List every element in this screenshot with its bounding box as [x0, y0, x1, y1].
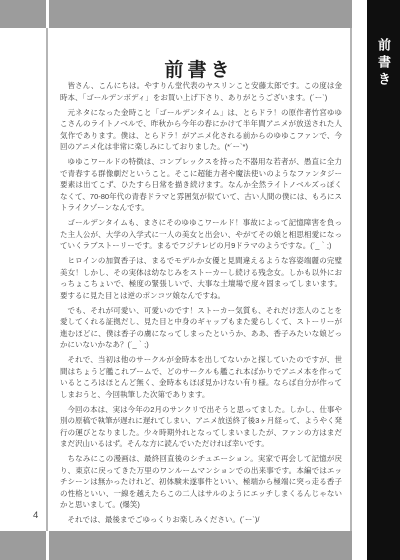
paragraph: ヒロインの加賀香子は、まるでモデルか女優と見間違えるような容姿端麗の完璧美女！し… [60, 255, 342, 301]
preface-body: 皆さん、こんにちは。やすりん堂代表のヤスリンこと安藤太郎です。この度は金時本、「… [60, 80, 342, 529]
scan-border-bottom-right [49, 531, 352, 560]
left-margin-rule [46, 28, 48, 531]
paragraph: それで、当初は他のサークルが金時本を出してないかと探していたのですが、世間はちょ… [60, 354, 342, 400]
page-number: 4 [33, 510, 38, 521]
side-chapter-tab-label: 前書き [374, 38, 393, 560]
scan-border-top-left [0, 0, 46, 28]
paragraph: ゴールデンタイムも、まさにそのゆゆこワールド！事故によって記憶障害を負った主人公… [60, 217, 342, 252]
right-margin-rule [350, 28, 352, 531]
page-title: 前書き [48, 55, 350, 82]
paragraph: ちなみにこの漫画は、最終回直後のシチュエーション。実家で再会して記憶が戻り、東京… [60, 453, 342, 511]
paragraph: それでは、最後までごゆっくりお楽しみください。(´ー`)/ [60, 514, 342, 526]
scan-border-bottom-left [0, 531, 46, 560]
paragraph: 元ネタになった金時こと「ゴールデンタイム」は、とらドラ！の原作者竹宮ゆゆこさんの… [60, 107, 342, 153]
scanned-preface-page: 前書き 前書き 皆さん、こんにちは。やすりん堂代表のヤスリンこと安藤太郎です。こ… [0, 0, 400, 560]
paragraph: ゆゆこワールドの特徴は、コンプレックスを持った不器用な若者が、愚直に全力で青春す… [60, 156, 342, 214]
scan-border-top-right [49, 0, 352, 28]
paragraph: 今回の本は、実は今年の2月のサンクリで出そうと思ってました。しかし、仕事や別の原… [60, 404, 342, 450]
side-chapter-tab: 前書き [367, 0, 400, 560]
paragraph: でも、それが可愛い、可愛いのです！ストーカー気質も、それだけ恋人のことを愛してく… [60, 305, 342, 351]
paragraph: 皆さん、こんにちは。やすりん堂代表のヤスリンこと安藤太郎です。この度は金時本、「… [60, 80, 342, 103]
